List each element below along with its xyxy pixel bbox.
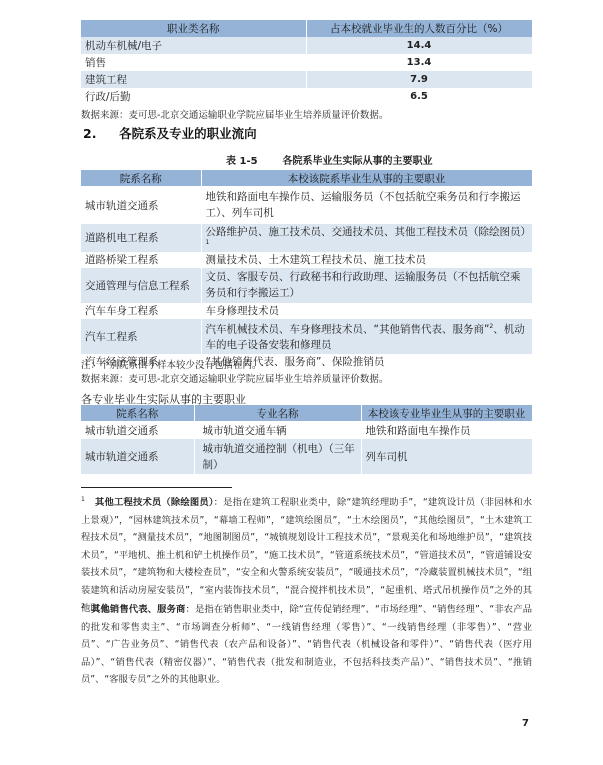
occupation-percent: 14.4: [306, 37, 532, 54]
column-header: 院系名称: [81, 170, 201, 186]
occupation-percent: 6.5: [306, 88, 532, 105]
major-job: 地铁和路面电车操作员: [361, 421, 532, 439]
table-row: 行政/后勤 6.5: [81, 88, 532, 105]
department-name: 城市轨道交通系: [81, 421, 194, 439]
major-job: 列车司机: [361, 439, 532, 474]
table-caption-title: 各院系毕业生实际从事的主要职业: [283, 156, 433, 167]
occupation-name: 机动车机械/电子: [81, 37, 306, 54]
department-name: 汽车工程系: [81, 319, 201, 354]
footnote-term: 其他工程技术员（除绘图员）: [95, 497, 214, 508]
footnote-term: 其他销售代表、服务商: [91, 604, 186, 615]
occupation-percent: 13.4: [306, 54, 532, 71]
table-row: 建筑工程 7.9: [81, 71, 532, 88]
major-name: 城市轨道交通车辆: [194, 421, 361, 439]
footnote-mark: 2: [81, 603, 85, 610]
department-jobs: 测量技术员、土木建筑工程技术员、施工技术员: [201, 252, 532, 268]
department-name: 道路机电工程系: [81, 224, 201, 252]
column-header: 本校该专业毕业生从事的主要职业: [361, 405, 532, 421]
department-name: 交通管理与信息工程系: [81, 268, 201, 303]
occupation-table: 职业类名称 占本校就业毕业生的人数百分比（%） 机动车机械/电子 14.4 销售…: [81, 20, 533, 105]
department-jobs: 地铁和路面电车操作员、运输服务员（不包括航空乘务员和行李搬运工）、列车司机: [201, 186, 532, 224]
table-caption-number: 表 1-5: [226, 156, 258, 167]
department-jobs: 汽车机械技术员、车身修理技术员、“其他销售代表、服务商”2、机动车的电子设备安装…: [201, 319, 532, 354]
department-name: 道路桥梁工程系: [81, 252, 201, 268]
table-row: 城市轨道交通系 地铁和路面电车操作员、运输服务员（不包括航空乘务员和行李搬运工）…: [81, 186, 532, 224]
table-row: 道路机电工程系 公路维护员、施工技术员、交通技术员、其他工程技术员（除绘图员）1: [81, 224, 532, 252]
table-row: 汽车车身工程系 车身修理技术员: [81, 303, 532, 319]
data-source-note: 数据来源：麦可思-北京交通运输职业学院应届毕业生培养质量评价数据。: [81, 107, 388, 121]
column-header: 职业类名称: [81, 20, 306, 37]
column-header: 本校该院系毕业生从事的主要职业: [201, 170, 532, 186]
column-header: 专业名称: [194, 405, 361, 421]
footnote-text: ：是指在销售职业类中，除“宣传促销经理”、“市场经理”、“销售经理”、“非农产品…: [81, 604, 532, 685]
table-row: 机动车机械/电子 14.4: [81, 37, 532, 54]
department-occupation-table: 院系名称 本校该院系毕业生从事的主要职业 城市轨道交通系 地铁和路面电车操作员、…: [81, 170, 533, 369]
department-jobs: 文员、客服专员、行政秘书和行政助理、运输服务员（不包括航空乘务员和行李搬运工）: [201, 268, 532, 303]
section-number: 2.: [83, 126, 96, 141]
major-occupation-table: 院系名称 专业名称 本校该专业毕业生从事的主要职业 城市轨道交通系 城市轨道交通…: [81, 405, 533, 474]
occupation-name: 销售: [81, 54, 306, 71]
page-number: 7: [522, 718, 529, 729]
column-header: 占本校就业毕业生的人数百分比（%）: [306, 20, 532, 37]
footnote-ref[interactable]: 1: [206, 239, 210, 246]
section-title: 各院系及专业的职业流向: [119, 126, 257, 141]
table-note: 注：个别院系由于样本较少没有包括在内。: [81, 357, 262, 371]
occupation-name: 行政/后勤: [81, 88, 306, 105]
table-row: 销售 13.4: [81, 54, 532, 71]
occupation-percent: 7.9: [306, 71, 532, 88]
footnote-2: 2其他销售代表、服务商：是指在销售职业类中，除“宣传促销经理”、“市场经理”、“…: [81, 598, 532, 689]
table-caption: 表 1-5 各院系毕业生实际从事的主要职业: [226, 152, 433, 167]
occupation-name: 建筑工程: [81, 71, 306, 88]
department-name: 汽车车身工程系: [81, 303, 201, 319]
table-row: 城市轨道交通系 城市轨道交通控制（机电）（三年制） 列车司机: [81, 439, 532, 474]
department-jobs: 车身修理技术员: [201, 303, 532, 319]
department-name: 城市轨道交通系: [81, 186, 201, 224]
department-jobs: 公路维护员、施工技术员、交通技术员、其他工程技术员（除绘图员）1: [201, 224, 532, 252]
table-row: 汽车工程系 汽车机械技术员、车身修理技术员、“其他销售代表、服务商”2、机动车的…: [81, 319, 532, 354]
department-name: 城市轨道交通系: [81, 439, 194, 474]
table-row: 城市轨道交通系 城市轨道交通车辆 地铁和路面电车操作员: [81, 421, 532, 439]
column-header: 院系名称: [81, 405, 194, 421]
major-name: 城市轨道交通控制（机电）（三年制）: [194, 439, 361, 474]
table-row: 道路桥梁工程系 测量技术员、土木建筑工程技术员、施工技术员: [81, 252, 532, 268]
footnote-text: ：是指在建筑工程职业类中，除“建筑经理助手”，“建筑设计员（非园林和水上景观）”…: [81, 497, 532, 614]
section-heading: 2. 各院系及专业的职业流向: [83, 124, 257, 142]
table-row: 交通管理与信息工程系 文员、客服专员、行政秘书和行政助理、运输服务员（不包括航空…: [81, 268, 532, 303]
footnote-separator: [81, 487, 232, 488]
footnote-mark: 1: [81, 496, 85, 503]
data-source-note: 数据来源：麦可思-北京交通运输职业学院应届毕业生培养质量评价数据。: [81, 371, 388, 385]
